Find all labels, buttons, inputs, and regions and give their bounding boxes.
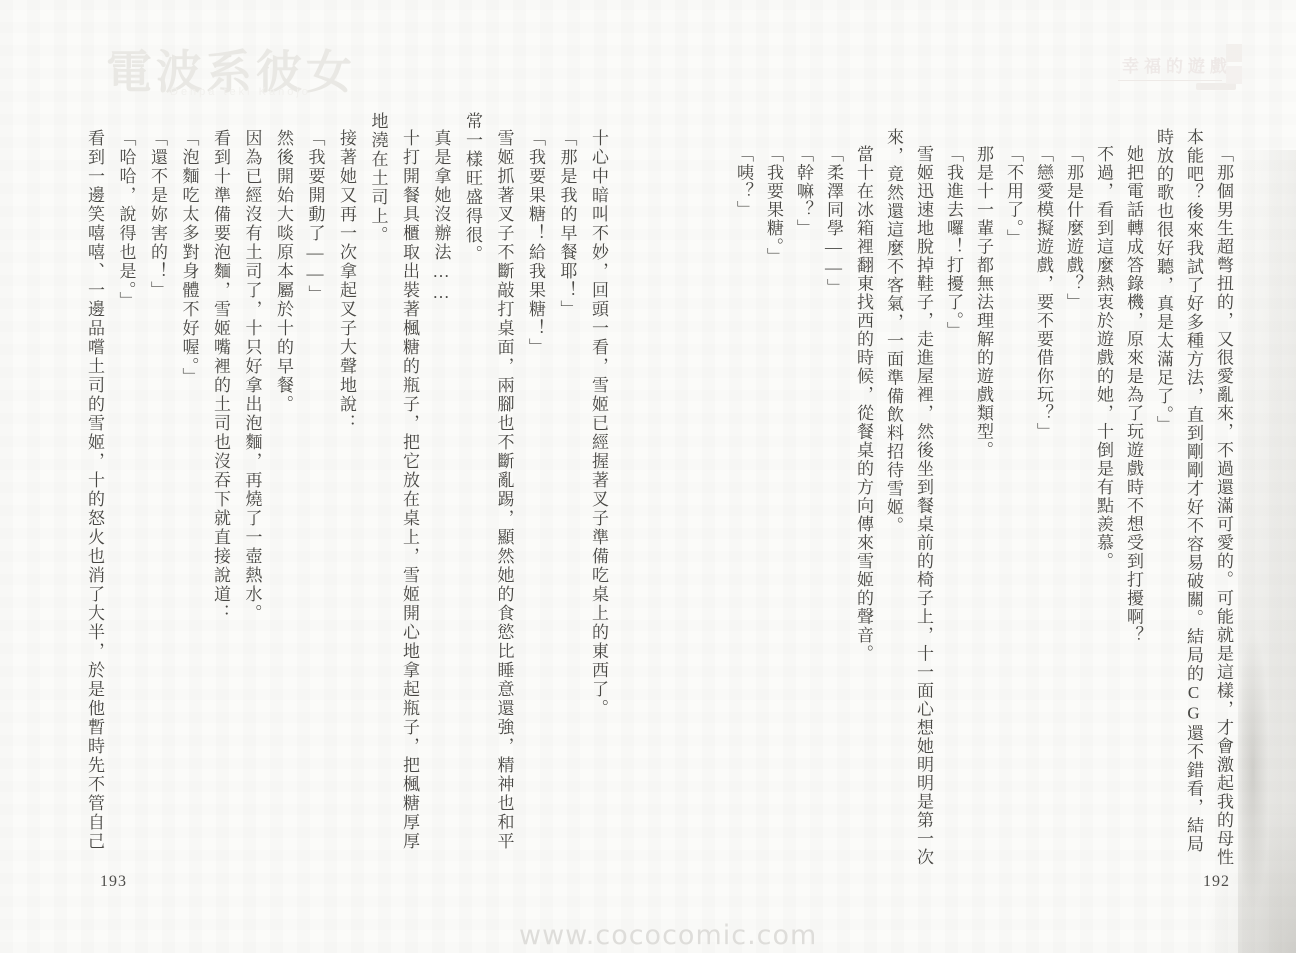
paragraph: 真是拿她沒辦法…… <box>425 112 457 855</box>
series-logo-subtitle: Denpa teki Kanojo <box>170 86 311 98</box>
paragraph: 接著她又再一次拿起叉子大聲地說： <box>331 112 363 855</box>
paragraph: 十打開餐具櫃取出裝著楓糖的瓶子，把它放在桌上，雪姬開心地拿起瓶子，把楓糖厚厚地澆… <box>362 112 425 855</box>
page-edge-streak <box>1236 630 1270 910</box>
paragraph: 不過，看到這麼熱衷於遊戲的她，十倒是有點羨慕。 <box>1088 128 1118 870</box>
paragraph: 看到一邊笑嘻嘻、一邊品嚐土司的雪姬，十的怒火也消了大半，於是他暫時先不管自己 <box>79 112 111 855</box>
paragraph: 「咦？」 <box>728 128 758 870</box>
right-page-number: 192 <box>1203 873 1230 891</box>
paragraph: 「柔澤同學——」 <box>818 128 848 870</box>
paragraph: 「我要果糖。」 <box>758 128 788 870</box>
paragraph: 「泡麵吃太多對身體不好喔。」 <box>173 112 205 855</box>
paragraph: 雪姬迅速地脫掉鞋子，走進屋裡，然後坐到餐桌前的椅子上，十一面心想她明明是第一次來… <box>878 128 938 870</box>
paragraph: 然後開始大啖原本屬於十的早餐。 <box>268 112 300 855</box>
watermark-text: www.cococomic.com <box>519 920 817 951</box>
right-page-text: 「那個男生超彆扭的，又很愛亂來，不過還滿可愛的。可能就是這樣，才會激起我的母性本… <box>722 128 1238 870</box>
paragraph: 看到十準備要泡麵，雪姬嘴裡的土司也沒吞下就直接說道： <box>205 112 237 855</box>
paragraph: 十心中暗叫不妙，回頭一看，雪姬已經握著叉子準備吃桌上的東西了。 <box>583 112 615 855</box>
page-edge-shadow <box>1238 150 1296 953</box>
paragraph: 「我要果糖！給我果糖！」 <box>520 112 552 855</box>
paragraph: 「不用了。」 <box>998 128 1028 870</box>
paragraph: 因為已經沒有土司了，十只好拿出泡麵，再燒了一壺熱水。 <box>236 112 268 855</box>
paragraph: 「哈哈，說得也是。」 <box>110 112 142 855</box>
paragraph: 雪姬抓著叉子不斷敲打桌面，兩腳也不斷亂踢，顯然她的食慾比睡意還強，精神也和平常一… <box>457 112 520 855</box>
paragraph: 「我進去囉！打擾了。」 <box>938 128 968 870</box>
paragraph: 那是十一輩子都無法理解的遊戲類型。 <box>968 128 998 870</box>
chapter-header-title: 幸福的遊戲 <box>1122 52 1232 77</box>
left-page-number: 193 <box>100 873 127 891</box>
paragraph: 「我要開動了——」 <box>299 112 331 855</box>
paragraph: 「幹嘛？」 <box>788 128 818 870</box>
chapter-header-subtext-smudge <box>1196 83 1236 90</box>
paragraph: 「那是什麼遊戲？」 <box>1058 128 1088 870</box>
paragraph: 「那個男生超彆扭的，又很愛亂來，不過還滿可愛的。可能就是這樣，才會激起我的母性本… <box>1148 128 1238 870</box>
paragraph: 「那是我的早餐耶！」 <box>551 112 583 855</box>
chapter-header-rule <box>1118 80 1222 81</box>
paragraph: 她把電話轉成答錄機，原來是為了玩遊戲時不想受到打擾啊？ <box>1118 128 1148 870</box>
left-page-text: 十心中暗叫不妙，回頭一看，雪姬已經握著叉子準備吃桌上的東西了。「那是我的早餐耶！… <box>74 112 614 855</box>
paragraph: 「還不是妳害的！」 <box>142 112 174 855</box>
chapter-header-ornament <box>1226 44 1242 84</box>
paragraph: 當十在冰箱裡翻東找西的時候，從餐桌的方向傳來雪姬的聲音。 <box>848 128 878 870</box>
paragraph: 「戀愛模擬遊戲，要不要借你玩？」 <box>1028 128 1058 870</box>
